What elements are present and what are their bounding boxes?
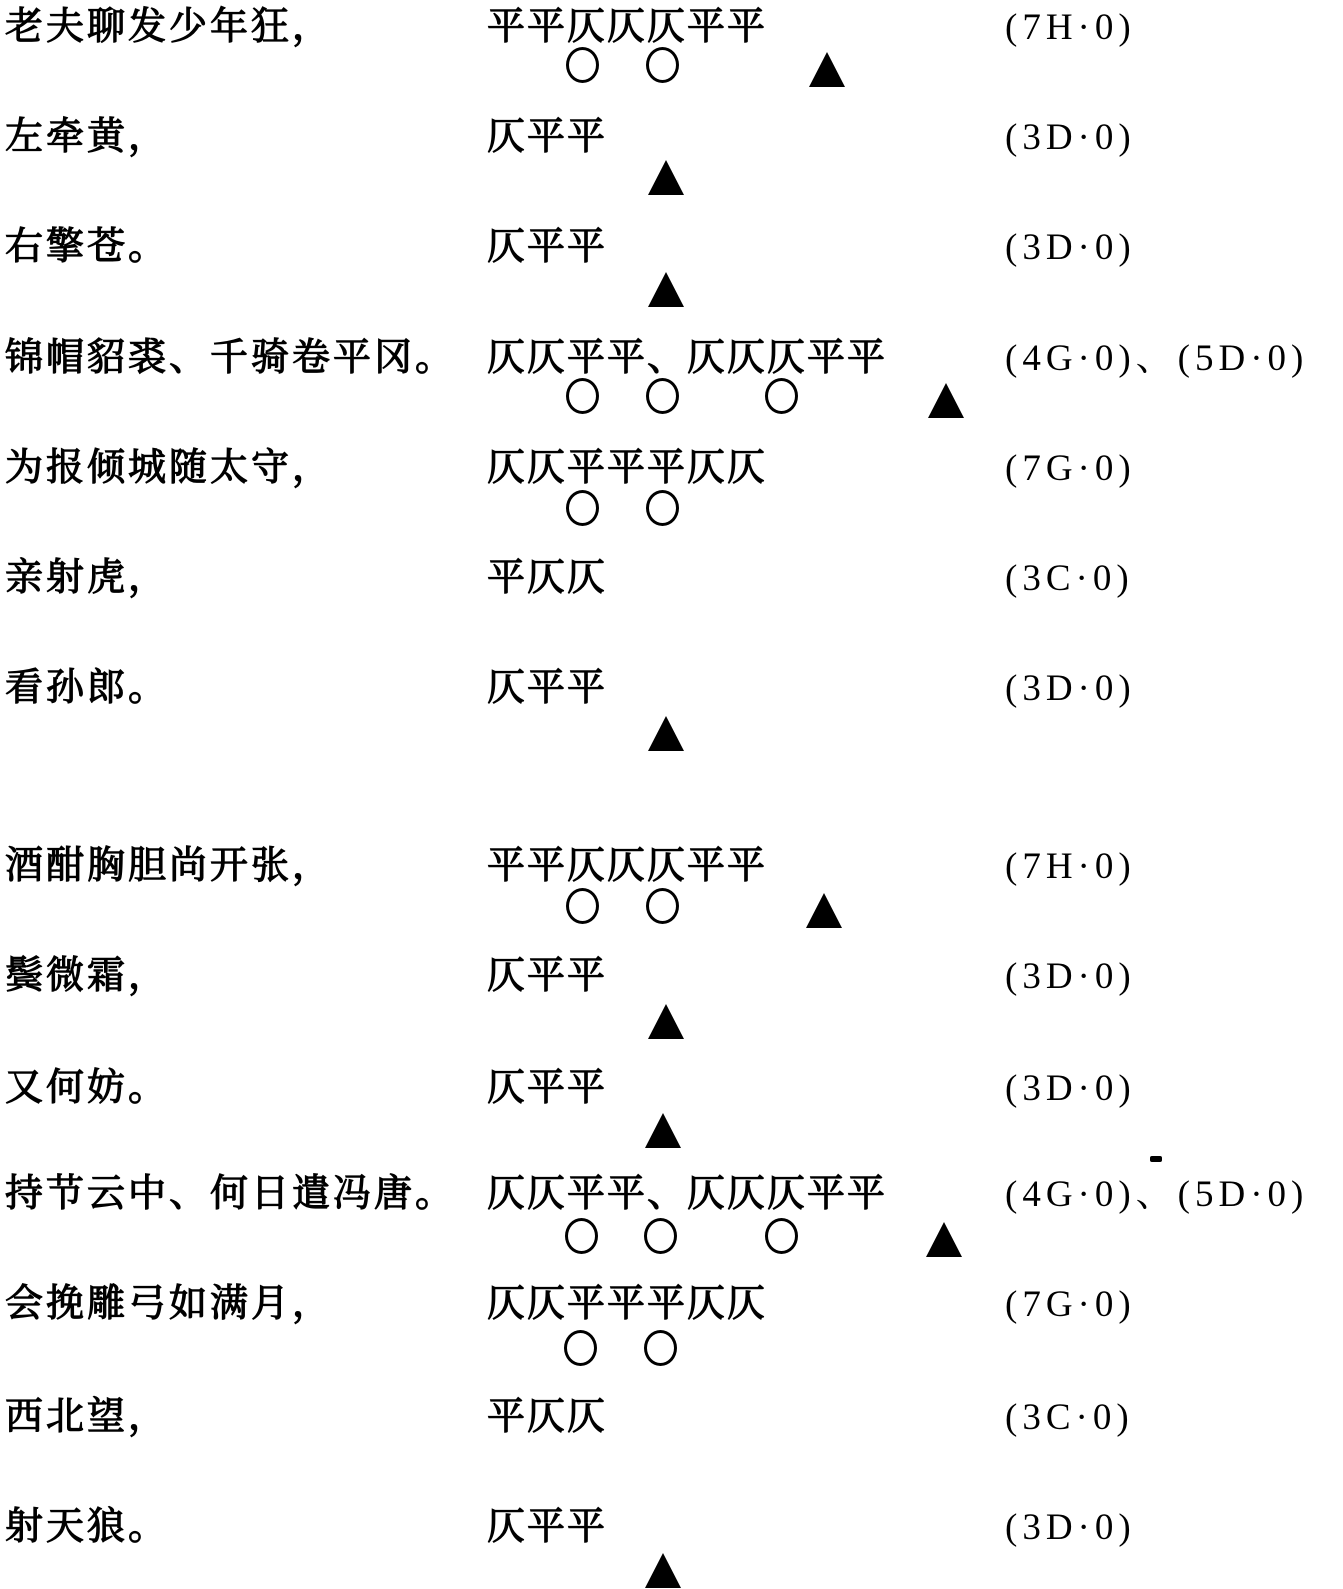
verse-row: 老夫聊发少年狂，平平仄仄仄平平(7H·0) bbox=[0, 6, 1343, 48]
poem-line-text: 射天狼。 bbox=[5, 1506, 169, 1548]
meter-code-text: (3D·0) bbox=[1005, 118, 1136, 158]
meter-code-text: (4G·0)、(5D·0) bbox=[1005, 339, 1308, 379]
meter-code-text: (7G·0) bbox=[1005, 449, 1136, 489]
meter-code-text: (3D·0) bbox=[1005, 1069, 1136, 1109]
meter-code-text: (3D·0) bbox=[1005, 1508, 1136, 1548]
rhyme-triangle-icon bbox=[648, 716, 684, 751]
rhyme-triangle-icon bbox=[809, 52, 845, 87]
optional-tone-circle-icon bbox=[646, 378, 679, 414]
meter-code-text: (4G·0)、(5D·0) bbox=[1005, 1175, 1308, 1215]
verse-row: 看孙郎。仄平平(3D·0) bbox=[0, 667, 1343, 709]
verse-row: 持节云中、何日遣冯唐。仄仄平平、仄仄仄平平(4G·0)、(5D·0) bbox=[0, 1173, 1343, 1215]
optional-tone-circle-icon bbox=[646, 888, 679, 924]
poem-line-text: 鬓微霜， bbox=[5, 955, 169, 997]
rhyme-triangle-icon bbox=[928, 383, 964, 418]
verse-row: 鬓微霜，仄平平(3D·0) bbox=[0, 955, 1343, 997]
tone-pattern-text: 仄平平 bbox=[487, 667, 607, 709]
optional-tone-circle-icon bbox=[765, 378, 798, 414]
optional-tone-circle-icon bbox=[644, 1330, 677, 1366]
optional-tone-circle-icon bbox=[644, 1218, 677, 1254]
verse-row: 亲射虎，平仄仄(3C·0) bbox=[0, 557, 1343, 599]
meter-code-text: (7H·0) bbox=[1005, 847, 1136, 887]
optional-tone-circle-icon bbox=[765, 1218, 798, 1254]
verse-row: 锦帽貂裘、千骑卷平冈。仄仄平平、仄仄仄平平(4G·0)、(5D·0) bbox=[0, 337, 1343, 379]
scan-artifact-dot bbox=[1150, 1156, 1162, 1162]
poem-line-text: 酒酣胸胆尚开张， bbox=[5, 845, 333, 887]
poem-line-text: 会挽雕弓如满月， bbox=[5, 1283, 333, 1325]
verse-row: 射天狼。仄平平(3D·0) bbox=[0, 1506, 1343, 1548]
rhyme-triangle-icon bbox=[806, 893, 842, 928]
tone-pattern-text: 仄平平 bbox=[487, 1506, 607, 1548]
tone-pattern-text: 平平仄仄仄平平 bbox=[487, 6, 767, 48]
poem-line-text: 为报倾城随太守， bbox=[5, 447, 333, 489]
optional-tone-circle-icon bbox=[646, 47, 679, 83]
tone-pattern-text: 平平仄仄仄平平 bbox=[487, 845, 767, 887]
rhyme-triangle-icon bbox=[648, 160, 684, 195]
meter-code-text: (3C·0) bbox=[1005, 1398, 1134, 1438]
tone-pattern-text: 仄平平 bbox=[487, 116, 607, 158]
optional-tone-circle-icon bbox=[564, 1330, 597, 1366]
poem-line-text: 锦帽貂裘、千骑卷平冈。 bbox=[5, 337, 456, 379]
optional-tone-circle-icon bbox=[566, 888, 599, 924]
optional-tone-circle-icon bbox=[565, 1218, 598, 1254]
tone-pattern-text: 仄仄平平平仄仄 bbox=[487, 447, 767, 489]
tone-pattern-text: 平仄仄 bbox=[487, 1396, 607, 1438]
verse-row: 西北望，平仄仄(3C·0) bbox=[0, 1396, 1343, 1438]
rhyme-triangle-icon bbox=[648, 272, 684, 307]
poem-line-text: 持节云中、何日遣冯唐。 bbox=[5, 1173, 456, 1215]
rhyme-triangle-icon bbox=[648, 1004, 684, 1039]
tone-pattern-text: 仄平平 bbox=[487, 226, 607, 268]
verse-row: 会挽雕弓如满月，仄仄平平平仄仄(7G·0) bbox=[0, 1283, 1343, 1325]
poem-line-text: 亲射虎， bbox=[5, 557, 169, 599]
verse-row: 酒酣胸胆尚开张，平平仄仄仄平平(7H·0) bbox=[0, 845, 1343, 887]
meter-code-text: (3D·0) bbox=[1005, 669, 1136, 709]
poem-line-text: 又何妨。 bbox=[5, 1067, 169, 1109]
tone-pattern-text: 仄仄平平、仄仄仄平平 bbox=[487, 337, 887, 379]
scanned-poem-meter-page: 老夫聊发少年狂，平平仄仄仄平平(7H·0)左牵黄，仄平平(3D·0)右擎苍。仄平… bbox=[0, 0, 1343, 1589]
poem-line-text: 老夫聊发少年狂， bbox=[5, 6, 333, 48]
tone-pattern-text: 仄仄平平平仄仄 bbox=[487, 1283, 767, 1325]
verse-row: 为报倾城随太守，仄仄平平平仄仄(7G·0) bbox=[0, 447, 1343, 489]
meter-code-text: (3D·0) bbox=[1005, 957, 1136, 997]
meter-code-text: (7H·0) bbox=[1005, 8, 1136, 48]
tone-pattern-text: 仄仄平平、仄仄仄平平 bbox=[487, 1173, 887, 1215]
optional-tone-circle-icon bbox=[566, 490, 599, 526]
verse-row: 左牵黄，仄平平(3D·0) bbox=[0, 116, 1343, 158]
poem-line-text: 左牵黄， bbox=[5, 116, 169, 158]
meter-code-text: (3C·0) bbox=[1005, 559, 1134, 599]
tone-pattern-text: 仄平平 bbox=[487, 1067, 607, 1109]
verse-row: 右擎苍。仄平平(3D·0) bbox=[0, 226, 1343, 268]
optional-tone-circle-icon bbox=[646, 490, 679, 526]
poem-line-text: 看孙郎。 bbox=[5, 667, 169, 709]
rhyme-triangle-icon bbox=[926, 1222, 962, 1257]
tone-pattern-text: 平仄仄 bbox=[487, 557, 607, 599]
optional-tone-circle-icon bbox=[566, 47, 599, 83]
tone-pattern-text: 仄平平 bbox=[487, 955, 607, 997]
optional-tone-circle-icon bbox=[566, 378, 599, 414]
meter-code-text: (3D·0) bbox=[1005, 228, 1136, 268]
verse-row: 又何妨。仄平平(3D·0) bbox=[0, 1067, 1343, 1109]
meter-code-text: (7G·0) bbox=[1005, 1285, 1136, 1325]
poem-line-text: 右擎苍。 bbox=[5, 226, 169, 268]
rhyme-triangle-icon bbox=[645, 1553, 681, 1588]
rhyme-triangle-icon bbox=[645, 1113, 681, 1148]
poem-line-text: 西北望， bbox=[5, 1396, 169, 1438]
